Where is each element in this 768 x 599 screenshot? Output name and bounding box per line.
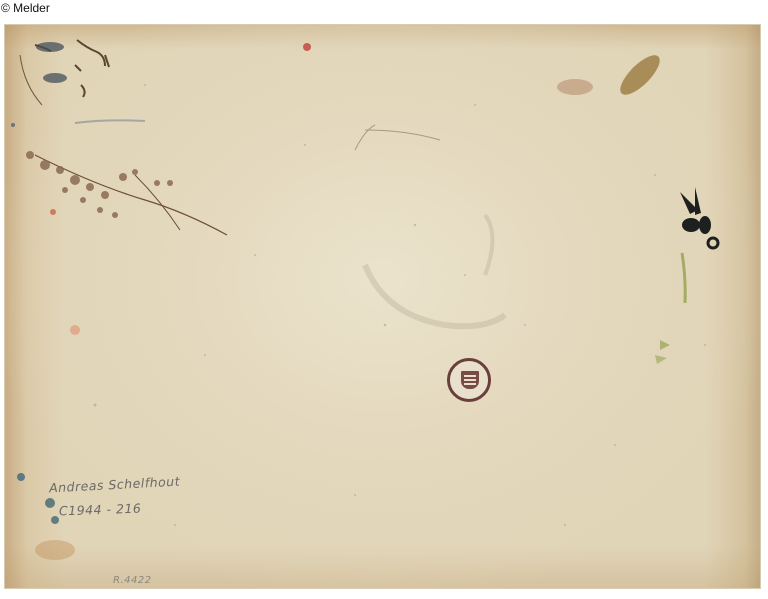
stain: [615, 50, 666, 101]
stamp-shield-icon: [461, 371, 479, 389]
artwork-sheet: Andreas Schelfhout C1944 - 216 R.4422: [5, 25, 760, 588]
top-left-sketch: [20, 40, 109, 105]
inventory-number-inscription: C1944 - 216: [59, 501, 142, 519]
insect-sketch: [680, 187, 718, 248]
copyright-credit: © Melder: [1, 0, 50, 16]
collection-stamp-icon: [447, 358, 491, 402]
bottom-inscription: R.4422: [113, 575, 152, 586]
heather-branch-sketch: [26, 151, 227, 235]
